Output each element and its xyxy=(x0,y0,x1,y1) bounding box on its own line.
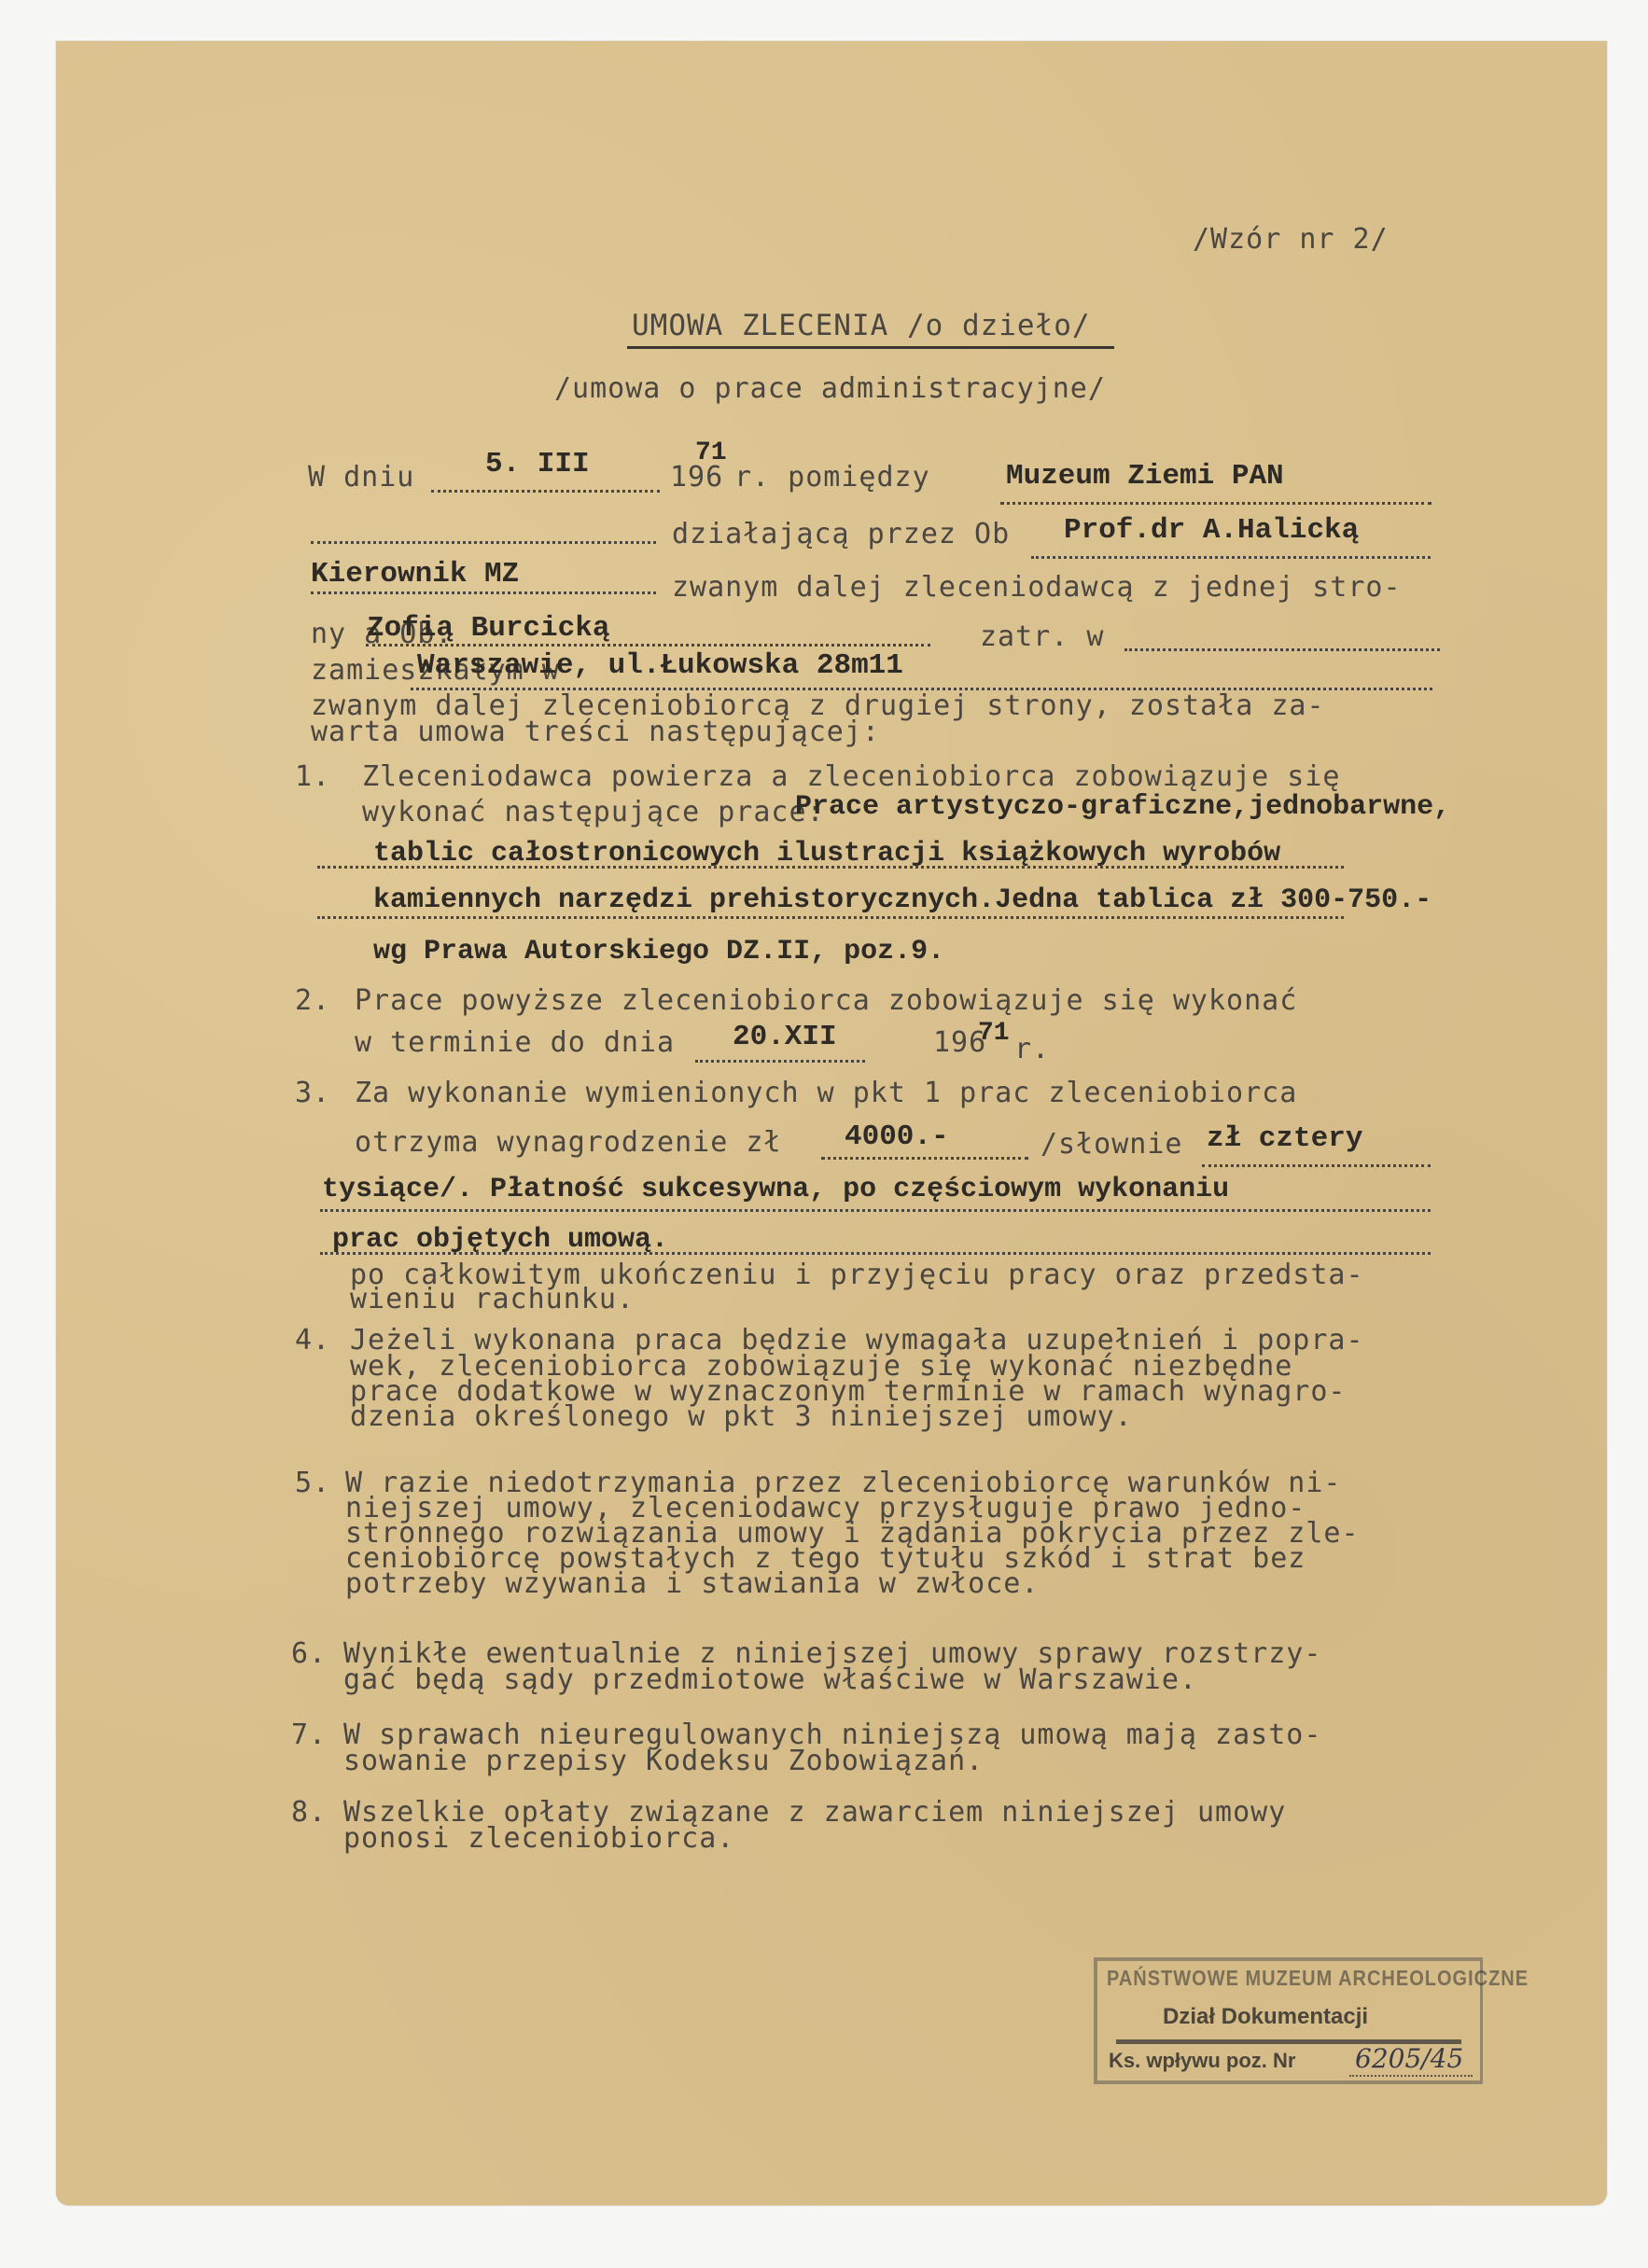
clause-1-line1: Zleceniodawca powierza a zleceniobiorca … xyxy=(362,763,1340,791)
in-words-field-line-3 xyxy=(320,1252,1431,1255)
document-page xyxy=(56,41,1607,2205)
principal-designation: zwanym dalej zleceniodawcą z jednej stro… xyxy=(672,574,1402,602)
clause-1-work-description: Prace artystyczo-graficzne,jednobarwne, xyxy=(795,793,1450,821)
clause-3-final-2: wieniu rachunku. xyxy=(350,1286,635,1314)
date-value: 5. III xyxy=(485,450,590,479)
date-field-line xyxy=(431,490,660,493)
contractor-field-line xyxy=(366,644,930,647)
residence-address: Warszawie, ul.Łukowska 28m11 xyxy=(417,651,903,680)
clause-1-work-line4: kamiennych narzędzi prehistorycznych.Jed… xyxy=(373,886,1432,914)
acting-label: działającą przez Ob xyxy=(672,521,1010,549)
form-number: /Wzór nr 2/ xyxy=(1193,226,1389,254)
blank-field-line xyxy=(311,541,656,544)
clause-3-in-words-2: tysiące/. Płatność sukcesywna, po części… xyxy=(322,1176,1229,1204)
employer-field-line xyxy=(1124,648,1440,651)
document-title: UMOWA ZLECENIA /o dzieło/ xyxy=(632,312,1091,341)
clause-3-in-words-label: /słownie xyxy=(1040,1131,1183,1159)
year-typed: 71 xyxy=(695,440,727,466)
in-words-field-line-1 xyxy=(1202,1164,1431,1167)
clause-1-work-line5: wg Prawa Autorskiego DZ.II, poz.9. xyxy=(373,938,944,966)
clause-2-line1: Prace powyższe zleceniobiorca zobowiązuj… xyxy=(355,987,1297,1015)
clause-7-number: 7. xyxy=(291,1721,327,1749)
clause-3-amount-label: otrzyma wynagrodzenie zł xyxy=(355,1129,781,1157)
clause-4-number: 4. xyxy=(295,1327,330,1355)
in-words-field-line-2 xyxy=(320,1209,1431,1212)
work-field-line-1 xyxy=(317,866,1344,869)
representative-title: Kierownik MZ xyxy=(311,560,519,589)
clause-5-number: 5. xyxy=(295,1469,330,1497)
clause-6-number: 6. xyxy=(291,1640,327,1668)
clause-2-year-typed: 71 xyxy=(978,1021,1010,1047)
work-field-line-2 xyxy=(317,916,1344,919)
clause-3-line1: Za wykonanie wymienionych w pkt 1 prac z… xyxy=(355,1079,1297,1107)
representative-name: Prof.dr A.Halicką xyxy=(1064,516,1359,545)
clause-1-line2: wykonać następujące prace: xyxy=(362,799,825,827)
clause-5-line: potrzeby wzywania i stawiania w zwłoce. xyxy=(345,1570,1039,1598)
stamp-registry-label: Ks. wpływu poz. Nr xyxy=(1109,2049,1295,2073)
contract-intro: warta umowa treści następującej: xyxy=(311,718,880,746)
clause-2-deadline-label: w terminie do dnia xyxy=(355,1029,675,1057)
clause-8-line: ponosi zleceniobiorca. xyxy=(343,1825,734,1853)
clause-2-year-suffix: r. xyxy=(1014,1036,1050,1064)
clause-8-number: 8. xyxy=(291,1799,327,1827)
year-printed: 196 xyxy=(670,464,723,492)
clause-1-number: 1. xyxy=(295,763,330,791)
org-field-line xyxy=(1000,502,1432,505)
clause-2-number: 2. xyxy=(295,987,330,1015)
clause-3-amount: 4000.- xyxy=(845,1122,949,1151)
clause-4-line: dzenia określonego w pkt 3 niniejszej um… xyxy=(350,1403,1133,1431)
principal-org: Muzeum Ziemi PAN xyxy=(1006,462,1284,491)
clause-3-in-words-1: zł cztery xyxy=(1207,1124,1362,1153)
representative-field-line xyxy=(1031,556,1431,559)
contractor-name: Zofią Burcicką xyxy=(367,614,609,643)
clause-6-line: gać będą sądy przedmiotowe właściwe w Wa… xyxy=(343,1666,1197,1694)
stamp-department: Dział Dokumentacji xyxy=(1163,2004,1368,2030)
clause-7-line: sowanie przepisy Kodeksu Zobowiązań. xyxy=(343,1747,984,1775)
deadline-field-line xyxy=(695,1060,865,1063)
clause-2-deadline: 20.XII xyxy=(733,1023,837,1051)
stamp-institution: PAŃSTWOWE MUZEUM ARCHEOLOGICZNE xyxy=(1107,1967,1529,1991)
clause-3-in-words-3: prac objętych umową. xyxy=(332,1226,668,1254)
archive-stamp: PAŃSTWOWE MUZEUM ARCHEOLOGICZNE Dział Do… xyxy=(1094,1957,1483,2084)
clause-3-number: 3. xyxy=(295,1079,330,1107)
document-subtitle: /umowa o prace administracyjne/ xyxy=(554,375,1106,403)
title-underline xyxy=(627,346,1114,349)
amount-field-line xyxy=(821,1157,1028,1160)
date-label: W dniu xyxy=(308,464,414,492)
stamp-number-line xyxy=(1349,2075,1473,2077)
stamp-registry-number: 6205/45 xyxy=(1355,2043,1463,2074)
clause-1-work-line3: tablic całostronicowych ilustracji książ… xyxy=(373,840,1280,868)
employed-label: zatr. w xyxy=(980,623,1104,651)
between-label: r. pomiędzy xyxy=(734,464,930,492)
title-field-line xyxy=(311,591,656,594)
